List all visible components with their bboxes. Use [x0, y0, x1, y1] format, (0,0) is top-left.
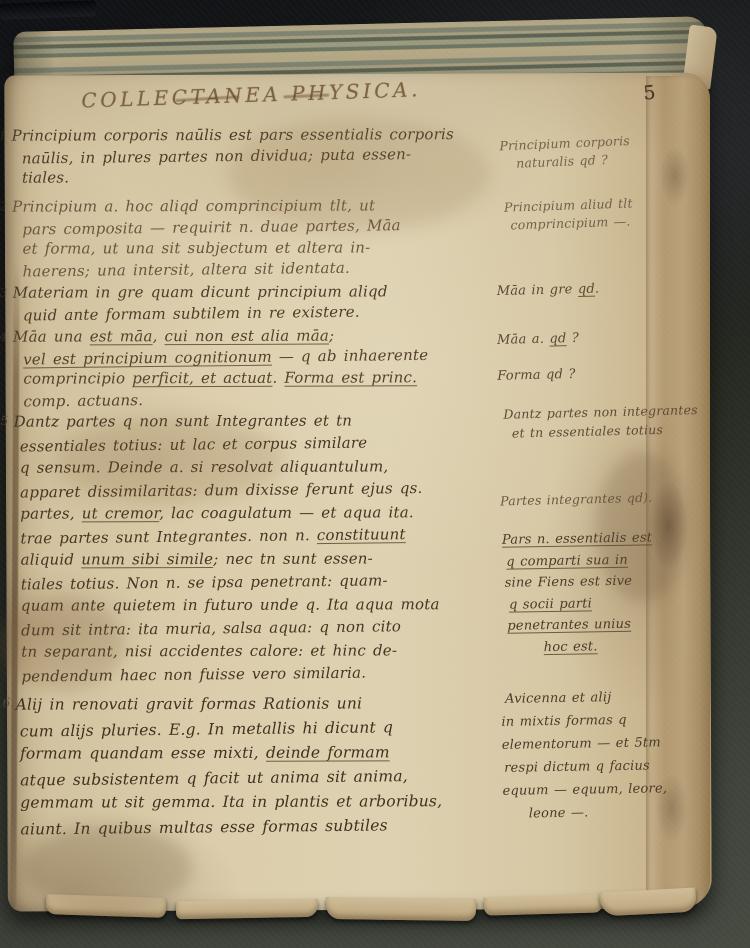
text-segment: penetrantes unius [507, 617, 631, 634]
margin-note: Principium aliud tltcomprincipium —. [500, 194, 634, 234]
text-segment: qd [578, 282, 595, 297]
text-segment: qd [549, 331, 566, 346]
margin-note: Partes integrantes qd). [500, 489, 653, 511]
manuscript-photo: COLLECTANEA PHYSICA. 5 1Principium corpo… [0, 0, 750, 948]
text-segment: equum — equum, leore, [502, 781, 667, 799]
margin-note: Māa a. qd ? [497, 330, 579, 350]
margin-note: Forma qd ? [497, 366, 576, 386]
margin-note-line: q socii parti [503, 592, 653, 616]
margin-note: Māa in gre qd. [497, 281, 600, 302]
text-segment: Māa a. [497, 332, 550, 348]
text-segment: ? [566, 331, 579, 346]
margin-note-line: et tn essentiales totius [504, 419, 699, 443]
text-segment: elementorum — et 5tm [502, 735, 661, 752]
text-layer: COLLECTANEA PHYSICA. 5 1Principium corpo… [0, 0, 750, 948]
text-segment: leone —. [529, 805, 589, 821]
margin-note: Principium corporisnaturalis qd ? [499, 132, 631, 173]
margin-note-line: in mixtis formas q [501, 708, 666, 734]
margin-note: Pars n. essentialis estq comparti sua in… [502, 527, 654, 658]
text-segment: et tn essentiales totius [512, 422, 664, 441]
margin-note: Dantz partes non integranteset tn essent… [503, 400, 698, 443]
margin-note: Avicenna et alijin mixtis formas qelemen… [501, 685, 668, 826]
margin-notes-column: Principium corporisnaturalis qd ?Princip… [0, 0, 750, 948]
text-segment: Partes integrantes qd). [500, 490, 653, 509]
text-segment: Māa in gre [497, 282, 579, 299]
text-segment: sine Fiens est sive [505, 574, 633, 591]
margin-note-line: comprincipium —. [500, 212, 633, 234]
margin-note-line: penetrantes unius [503, 613, 653, 637]
margin-note-line: hoc est. [504, 635, 654, 659]
text-segment: in mixtis formas q [501, 713, 627, 730]
margin-note-line: q comparti sua in [502, 549, 652, 573]
margin-note-line: Forma qd ? [497, 366, 576, 386]
text-segment: hoc est. [544, 639, 598, 655]
margin-note-line: sine Fiens est sive [503, 570, 653, 594]
text-segment: comprincipium —. [510, 214, 630, 233]
margin-note-line: Partes integrantes qd). [500, 489, 653, 511]
text-segment: q socii parti [509, 596, 592, 612]
margin-note-line: leone —. [503, 800, 668, 826]
margin-note-line: elementorum — et 5tm [502, 731, 667, 757]
text-segment: Forma qd ? [497, 367, 576, 384]
text-segment: q comparti sua in [506, 552, 628, 569]
text-segment: Principium corporis [499, 133, 630, 153]
text-segment: naturalis qd ? [516, 152, 608, 171]
margin-note-line: Pars n. essentialis est [502, 527, 652, 551]
margin-note-line: Avicenna et alij [501, 685, 666, 711]
text-segment: . [595, 282, 600, 297]
margin-note-line: respi dictum q facius [502, 754, 667, 780]
text-segment: Principium aliud tlt [504, 195, 633, 214]
text-segment: respi dictum q facius [504, 759, 650, 776]
margin-note-line: equum — equum, leore, [502, 777, 667, 803]
margin-note-line: Māa in gre qd. [497, 281, 600, 302]
text-segment: Pars n. essentialis est [502, 530, 652, 547]
text-segment: Dantz partes non integrantes [503, 402, 698, 422]
text-segment: Avicenna et alij [505, 690, 612, 707]
margin-note-line: Māa a. qd ? [497, 330, 579, 350]
